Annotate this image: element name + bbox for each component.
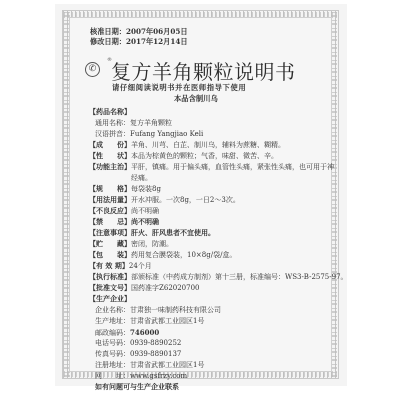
section-manufacturer: 【生产企业】 xyxy=(89,295,131,304)
section-dosage: 【用法用量】开水冲服。一次8g，一日2～3次。 xyxy=(89,196,240,205)
section-indications-cont: 经痛。 xyxy=(131,174,152,183)
document-title: 复方羊角颗粒说明书 xyxy=(111,60,296,84)
company-logo-icon: ✆ xyxy=(85,62,100,77)
section-precautions: 【注意事项】肝火、肝风患者不宜使用。 xyxy=(89,229,215,238)
section-specification: 【规 格】每袋装8g xyxy=(89,185,161,194)
manufacturer-phone: 电话号码：0939-8890252 xyxy=(95,339,181,348)
manufacturer-website: 网 址：www.gsfrzy.com xyxy=(95,372,187,381)
section-storage: 【贮 藏】密闭，防潮。 xyxy=(89,240,173,249)
pinyin-name: 汉语拼音：Fufang Yangjiao Keli xyxy=(95,130,203,139)
contains-note: 本品含制川乌 xyxy=(174,94,218,104)
manufacturer-fax: 传真号码：0939-8890137 xyxy=(95,350,181,359)
approval-date: 核准日期：2007年06月05日 xyxy=(90,27,188,36)
section-contraindications: 【禁 忌】尚不明确 xyxy=(89,218,159,227)
generic-name: 通用名称：复方羊角颗粒 xyxy=(95,119,172,128)
contact-note: 如有问题可与生产企业联系 xyxy=(95,383,179,392)
manufacturer-postcode: 邮政编码：746000 xyxy=(95,328,159,338)
section-package: 【包 装】药用复合膜袋装，10×8g/袋/盒。 xyxy=(89,251,236,260)
manufacturer-name: 企业名称：甘肃独一味制药科技有限公司 xyxy=(95,306,221,315)
manufacturer-reg-address: 注册地址：甘肃省武都工业园区1号 xyxy=(95,361,204,370)
revision-date: 修改日期：2017年12月14日 xyxy=(90,37,188,46)
section-approval-number: 【批准文号】国药准字Z62020700 xyxy=(89,284,200,293)
usage-notice: 请仔细阅读说明书并在医师指导下使用 xyxy=(112,83,246,93)
section-shelf-life: 【有 效 期】24个月 xyxy=(89,262,152,271)
manufacturer-address: 生产地址：甘肃省武都工业园区1号 xyxy=(95,317,204,326)
section-adverse-reactions: 【不良反应】尚不明确 xyxy=(89,207,159,216)
section-indications: 【功能主治】平肝，镇痛。用于偏头痛，血管性头痛，紧张性头痛，也可用于神 xyxy=(89,163,334,172)
section-drug-name: 【药品名称】 xyxy=(89,108,131,117)
section-ingredients: 【成 份】羊角、川芎、白芷、制川乌，辅料为蔗糖、糊精。 xyxy=(89,141,285,150)
section-standard: 【执行标准】部颁标准（中药成方制剂）第十三册，标准编号：WS3-B-2575-9… xyxy=(89,273,348,282)
section-description: 【性 状】本品为棕黄色的颗粒；气香，味甜、微苦、辛。 xyxy=(89,152,278,161)
